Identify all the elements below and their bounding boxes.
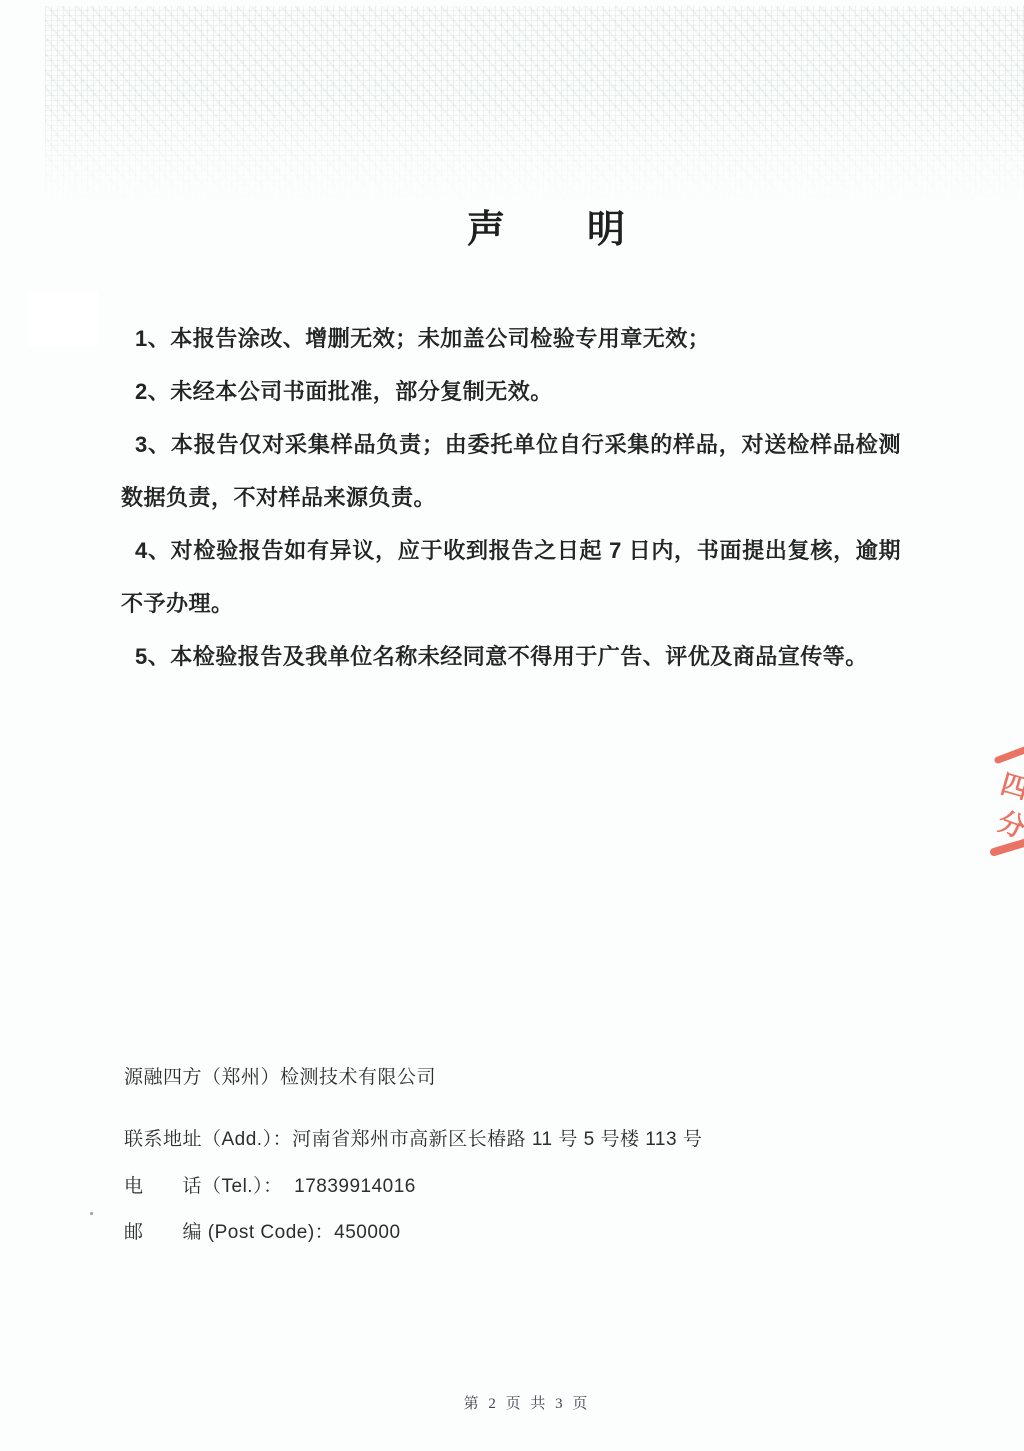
seal-char-bottom: 分: [994, 806, 1024, 843]
seal-char-top: 四: [997, 769, 1024, 805]
declaration-item-1: 1、本报告涂改、增删无效；未加盖公司检验专用章无效；: [121, 312, 901, 365]
company-postcode: 邮 编 (Post Code)：450000: [124, 1217, 884, 1244]
company-seal-fragment: 四 分: [984, 742, 1024, 868]
seal-stamp-icon: 四 分: [984, 742, 1024, 868]
scan-white-patch: [28, 292, 98, 346]
company-name: 源融四方（郑州）检测技术有限公司: [124, 1062, 884, 1089]
declaration-item-4: 4、对检验报告如有异议，应于收到报告之日起 7 日内，书面提出复核，逾期不予办理…: [121, 524, 901, 630]
scan-speck: [90, 1212, 93, 1215]
declaration-item-5: 5、本检验报告及我单位名称未经同意不得用于广告、评优及商品宣传等。: [121, 630, 901, 683]
company-info: 源融四方（郑州）检测技术有限公司 联系地址（Add.）：河南省郑州市高新区长椿路…: [124, 1062, 884, 1244]
declaration-list: 1、本报告涂改、增删无效；未加盖公司检验专用章无效； 2、未经本公司书面批准，部…: [121, 312, 901, 683]
declaration-item-2: 2、未经本公司书面批准，部分复制无效。: [121, 365, 901, 418]
scan-noise-texture: [45, 6, 1024, 206]
company-phone: 电 话（Tel.）： 17839914016: [124, 1171, 884, 1198]
page-number: 第 2 页 共 3 页: [15, 1392, 1024, 1413]
page-title: 声 明: [35, 198, 1024, 253]
document-page: 声 明 1、本报告涂改、增删无效；未加盖公司检验专用章无效； 2、未经本公司书面…: [0, 0, 1024, 1451]
seal-arc-bottom: [994, 843, 1024, 852]
company-address: 联系地址（Add.）：河南省郑州市高新区长椿路 11 号 5 号楼 113 号: [124, 1124, 884, 1151]
seal-arc-top: [998, 748, 1024, 760]
declaration-item-3: 3、本报告仅对采集样品负责；由委托单位自行采集的样品，对送检样品检测数据负责，不…: [121, 418, 901, 524]
